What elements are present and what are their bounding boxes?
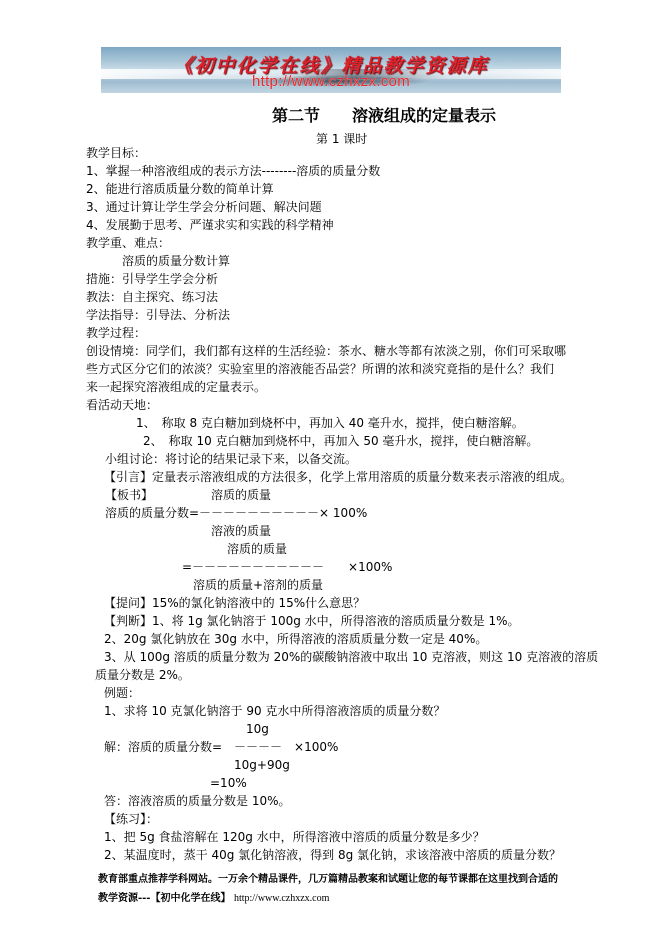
example-denominator: 10g+90g xyxy=(234,758,290,772)
example-solve: 解：溶质的质量分数= －－－－ ×100% xyxy=(104,740,338,754)
formula1-denominator: 溶液的质量 xyxy=(211,524,271,538)
scenario-line: 来一起探究溶液组成的定量表示。 xyxy=(86,380,266,394)
goal-item: 3、通过计算让学生学会分析问题、解决问题 xyxy=(86,200,322,214)
key-points-content: 溶质的质量分数计算 xyxy=(122,254,230,268)
footer-url[interactable]: http://www.czhxzx.com xyxy=(234,893,329,904)
page-title: 第二节 溶液组成的定量表示 xyxy=(272,103,496,126)
practice-item: 1、把 5g 食盐溶解在 120g 水中，所得溶液中溶质的质量分数是多少？ xyxy=(104,830,485,844)
banner-url[interactable]: http://www.czhxzx.com xyxy=(101,73,561,90)
example-result: =10% xyxy=(210,776,247,790)
footer-line: 教育部重点推荐学科网站。一万余个精品课件，几万篇精品教案和试题让您的每节课都在这… xyxy=(98,870,558,885)
scenario-line: 创设情境：同学们，我们都有这样的生活经验：茶水、糖水等都有浓淡之别，你们可采取哪 xyxy=(86,344,566,358)
formula2-numerator: 溶质的质量 xyxy=(227,542,287,556)
site-banner: 《初中化学在线》精品教学资源库 http://www.czhxzx.com xyxy=(101,47,561,93)
key-points-label: 教学重、难点： xyxy=(86,236,170,250)
example-numerator: 10g xyxy=(246,722,269,736)
activity-item: 2、 称取 10 克白糖加到烧杯中，再加入 50 毫升水，搅拌，使白糖溶解。 xyxy=(143,434,538,448)
group-discussion: 小组讨论：将讨论的结果记录下来，以备交流。 xyxy=(105,452,357,466)
teaching-method: 教法：自主探究、练习法 xyxy=(86,290,218,304)
goal-item: 4、发展勤于思考、严谨求实和实践的科学精神 xyxy=(86,218,334,232)
formula1-numerator: 溶质的质量 xyxy=(211,488,271,502)
learning-method: 学法指导：引导法、分析法 xyxy=(86,308,230,322)
activity-item: 1、 称取 8 克白糖加到烧杯中，再加入 40 毫升水，搅拌，使白糖溶解。 xyxy=(136,416,524,430)
formula2-line: =－－－－－－－－－－－ ×100% xyxy=(182,560,392,574)
goal-item: 1、掌握一种溶液组成的表示方法--------溶质的质量分数 xyxy=(86,164,380,178)
lesson-number: 第 1 课时 xyxy=(316,130,367,147)
question-text: 【提问】15%的氯化钠溶液中的 15%什么意思？ xyxy=(104,596,365,610)
scenario-line: 些方式区分它们的浓淡？实验室里的溶液能否品尝？所谓的浓和淡究竟指的是什么？我们 xyxy=(86,362,554,376)
example-answer: 答：溶液溶质的质量分数是 10%。 xyxy=(104,794,291,808)
judge-item: 【判断】1、将 1g 氯化钠溶于 100g 水中，所得溶液的溶质质量分数是 1%… xyxy=(104,614,520,628)
board-label: 【板书】 xyxy=(105,488,153,502)
example-question: 1、求将 10 克氯化钠溶于 90 克水中所得溶液溶质的质量分数？ xyxy=(104,704,445,718)
formula1-line: 溶质的质量分数=－－－－－－－－－－× 100% xyxy=(105,506,367,520)
footer-line2: 教学资源---【初中化学在线】 http://www.czhxzx.com xyxy=(98,889,329,904)
example-label: 例题： xyxy=(104,686,140,700)
intro-text: 【引言】定量表示溶液组成的方法很多，化学上常用溶质的质量分数来表示溶液的组成。 xyxy=(104,470,572,484)
goals-label: 教学目标： xyxy=(86,146,146,160)
measures: 措施：引导学生学会分析 xyxy=(86,272,218,286)
activity-label: 看活动天地： xyxy=(86,398,158,412)
judge-item: 2、20g 氯化钠放在 30g 水中，所得溶液的溶质质量分数一定是 40%。 xyxy=(104,632,487,646)
process-label: 教学过程： xyxy=(86,326,146,340)
formula2-denominator: 溶质的质量+溶剂的质量 xyxy=(193,578,323,592)
footer-resource-text: 教学资源---【初中化学在线】 xyxy=(98,893,230,904)
judge-item: 3、从 100g 溶质的质量分数为 20%的碳酸钠溶液中取出 10 克溶液，则这… xyxy=(104,650,598,664)
practice-item: 2、某温度时，蒸干 40g 氯化钠溶液，得到 8g 氯化钠，求该溶液中溶质的质量… xyxy=(104,848,561,862)
practice-label: 【练习】： xyxy=(104,812,158,826)
judge-item: 质量分数是 2%。 xyxy=(95,668,190,682)
goal-item: 2、能进行溶质质量分数的简单计算 xyxy=(86,182,274,196)
